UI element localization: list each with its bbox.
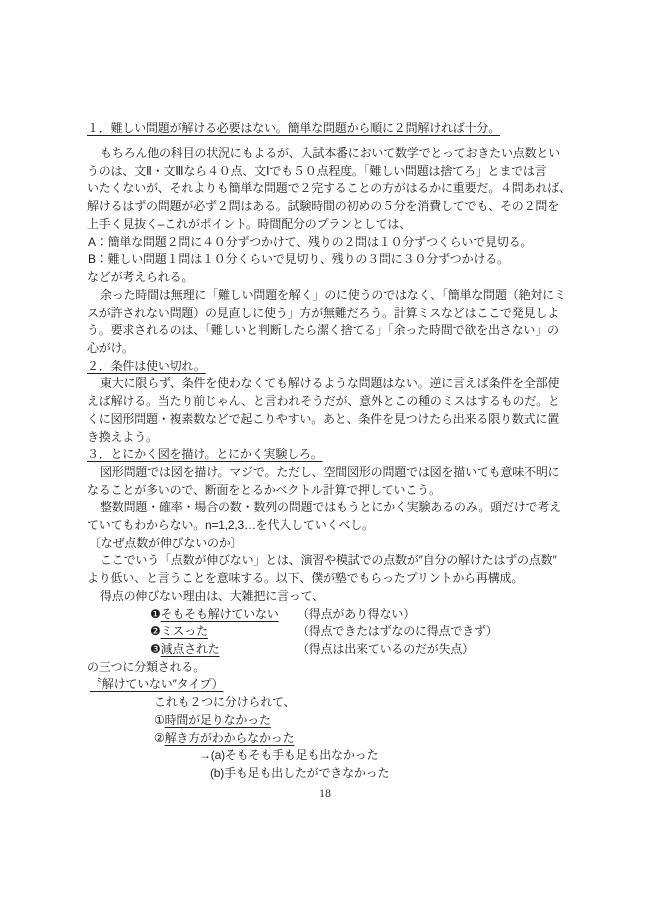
text-line: えば解ける。当たり前じゃん、と言われそうだが、意外とこの種のミスはするものだ。と bbox=[87, 394, 560, 408]
text-line: 整数問題・確率・場合の数・数列の問題ではもうとにかく実験あるのみ。頭だけで考え bbox=[100, 500, 561, 514]
line-text: ミスった bbox=[161, 624, 208, 638]
text-line: 上手く見抜く–これがポイント。時間配分のプランとしては、 bbox=[87, 217, 411, 231]
list-item-3: ❸減点された bbox=[150, 642, 220, 656]
line-text: （得点できたはずなのに得点できず） bbox=[297, 624, 498, 638]
line-text: 上手く見抜く–これがポイント。時間配分のプランとしては、 bbox=[87, 217, 411, 231]
text-line: の三つに分類される。 bbox=[87, 660, 205, 674]
line-text: １．難しい問題が解ける必要はない。簡単な問題から順に２問解ければ十分。 bbox=[87, 121, 500, 135]
list-marker: ❸ bbox=[150, 642, 161, 656]
text-line: 余った時間は無理に「難しい問題を解く」のに使うのではなく、「簡単な問題（絶対にミ bbox=[100, 288, 566, 302]
text-line: より低い、と言うことを意味する。以下、僕が塾でもらったプリントから再構成。 bbox=[87, 571, 523, 585]
text-line: 図形問題では図を描け。マジで。ただし、空間図形の問題では図を描いても意味不明に bbox=[100, 465, 559, 479]
line-text: ここでいう「点数が伸びない」とは、演習や模試での点数が″自分の解けたはずの点数″ bbox=[100, 553, 557, 567]
text-line: いたくないが、それよりも簡単な問題で２完することの方がはるかに重要だ。４問あれば… bbox=[87, 181, 571, 195]
sublist-item-2a: →(a)そもそも手も足も出なかった bbox=[199, 748, 378, 762]
text-line: これも２つに分けられて、 bbox=[154, 695, 295, 709]
line-text: （得点があり得ない） bbox=[297, 607, 415, 621]
text-line: スが許されない問題）の見直しに使う」方が無難だろう。計算ミスなどはここで発見しよ bbox=[87, 306, 559, 320]
line-text: 東大に限らず、条件を使わなくても解けるような問題はない。逆に言えば条件を全部使 bbox=[100, 376, 559, 390]
line-text: 整数問題・確率・場合の数・数列の問題ではもうとにかく実験あるのみ。頭だけで考え bbox=[100, 500, 561, 514]
line-text: 解き方がわからなかった bbox=[165, 731, 295, 745]
text-line: き換えよう。 bbox=[87, 430, 158, 444]
line-text: 図形問題では図を描け。マジで。ただし、空間図形の問題では図を描いても意味不明に bbox=[100, 465, 559, 479]
text-line: などが考えられる。 bbox=[87, 270, 193, 284]
text-line: 心がけ。 bbox=[87, 341, 134, 355]
text-line: ていてもわからない。n=1,2,3…を代入していくべし。 bbox=[87, 518, 374, 532]
list-marker: ❷ bbox=[150, 624, 161, 638]
text-line: 東大に限らず、条件を使わなくても解けるような問題はない。逆に言えば条件を全部使 bbox=[100, 376, 559, 390]
line-text: そもそも解けていない bbox=[161, 607, 279, 621]
text-line: 解けるはずの問題が必ず２問はある。試験時間の初めの５分を消費してでも、その２問を bbox=[87, 199, 559, 213]
document-page: １．難しい問題が解ける必要はない。簡単な問題から順に２問解ければ十分。もちろん他… bbox=[0, 0, 650, 919]
list-marker: ① bbox=[154, 713, 165, 727]
text-line: ここでいう「点数が伸びない」とは、演習や模試での点数が″自分の解けたはずの点数″ bbox=[100, 553, 557, 567]
list-comment-1: （得点があり得ない） bbox=[297, 607, 415, 621]
list-comment-3: （得点は出来ているのだが失点） bbox=[297, 642, 474, 656]
line-text: スが許されない問題）の見直しに使う」方が無難だろう。計算ミスなどはここで発見しよ bbox=[87, 306, 559, 320]
line-text: 減点された bbox=[161, 642, 220, 656]
line-text: くに図形問題・複素数などで起こりやすい。あと、条件を見つけたら出来る限り数式に置 bbox=[87, 412, 559, 426]
line-text: もちろん他の科目の状況にもよるが、入試本番において数学でとっておきたい点数とい bbox=[100, 146, 560, 160]
plan-a-line: A：簡単な問題２問に４０分ずつかけて、残りの２問は１０分ずつくらいで見切る。 bbox=[88, 235, 532, 249]
text-line: うのは、文Ⅱ・文Ⅲなら４０点、文Ⅰでも５０点程度。「難しい問題は捨てろ」とまでは… bbox=[87, 164, 547, 178]
line-text: 心がけ。 bbox=[87, 341, 134, 355]
line-text: ていてもわからない。n=1,2,3…を代入していくべし。 bbox=[87, 518, 374, 532]
text-line: う。要求されるのは、「難しいと判断したら潔く捨てる」「余った時間で欲を出さない」… bbox=[87, 323, 559, 337]
line-text: 得点の伸びない理由は、大雑把に言って、 bbox=[100, 589, 324, 603]
section-heading-1: １．難しい問題が解ける必要はない。簡単な問題から順に２問解ければ十分。 bbox=[87, 121, 500, 135]
line-text: の三つに分類される。 bbox=[87, 660, 205, 674]
line-text: 〔なぜ点数が伸びないのか〕 bbox=[89, 536, 242, 550]
line-text: なることが多いので、断面をとるかベクトル計算で押していこう。 bbox=[87, 483, 441, 497]
line-text: これも２つに分けられて、 bbox=[154, 695, 295, 709]
sublist-item-2: ②解き方がわからなかった bbox=[154, 731, 294, 745]
line-text: B：難しい問題１問は１０分くらいで見切り、残りの３問に３０分ずつかける。 bbox=[88, 252, 509, 266]
line-text: A：簡単な問題２問に４０分ずつかけて、残りの２問は１０分ずつくらいで見切る。 bbox=[88, 235, 532, 249]
line-text: 解けるはずの問題が必ず２問はある。試験時間の初めの５分を消費してでも、その２問を bbox=[87, 199, 559, 213]
sublist-item-1: ①時間が足りなかった bbox=[154, 713, 271, 727]
line-text: より低い、と言うことを意味する。以下、僕が塾でもらったプリントから再構成。 bbox=[87, 571, 523, 585]
text-line: 得点の伸びない理由は、大雑把に言って、 bbox=[100, 589, 324, 603]
list-item-2: ❷ミスった bbox=[150, 624, 208, 638]
line-text: (b)手も足も出したができなかった bbox=[210, 766, 389, 780]
line-text: →(a)そもそも手も足も出なかった bbox=[199, 748, 378, 762]
plan-b-line: B：難しい問題１問は１０分くらいで見切り、残りの３問に３０分ずつかける。 bbox=[88, 252, 509, 266]
line-text: うのは、文Ⅱ・文Ⅲなら４０点、文Ⅰでも５０点程度。「難しい問題は捨てろ」とまでは… bbox=[87, 164, 547, 178]
sublist-item-2b: (b)手も足も出したができなかった bbox=[210, 766, 389, 780]
line-text: ２．条件は使い切れ。 bbox=[87, 359, 206, 373]
list-comment-2: （得点できたはずなのに得点できず） bbox=[297, 624, 498, 638]
text-line: なることが多いので、断面をとるかベクトル計算で押していこう。 bbox=[87, 483, 441, 497]
list-marker: ② bbox=[154, 731, 165, 745]
line-text: えば解ける。当たり前じゃん、と言われそうだが、意外とこの種のミスはするものだ。と bbox=[87, 394, 560, 408]
text-line: もちろん他の科目の状況にもよるが、入試本番において数学でとっておきたい点数とい bbox=[100, 146, 560, 160]
line-text: き換えよう。 bbox=[87, 430, 158, 444]
section-heading-3: ３．とにかく図を描け。とにかく実験しろ。 bbox=[87, 447, 323, 461]
section-heading-2: ２．条件は使い切れ。 bbox=[87, 359, 206, 373]
line-text: 時間が足りなかった bbox=[165, 713, 271, 727]
list-item-1: ❶そもそも解けていない bbox=[150, 607, 279, 621]
text-line: くに図形問題・複素数などで起こりやすい。あと、条件を見つけたら出来る限り数式に置 bbox=[87, 412, 559, 426]
line-text: う。要求されるのは、「難しいと判断したら潔く捨てる」「余った時間で欲を出さない」… bbox=[87, 323, 559, 337]
page-number: 18 bbox=[0, 786, 650, 801]
line-text: 余った時間は無理に「難しい問題を解く」のに使うのではなく、「簡単な問題（絶対にミ bbox=[100, 288, 566, 302]
line-text: などが考えられる。 bbox=[87, 270, 193, 284]
list-marker: ❶ bbox=[150, 607, 161, 621]
line-text: （得点は出来ているのだが失点） bbox=[297, 642, 474, 656]
line-text: いたくないが、それよりも簡単な問題で２完することの方がはるかに重要だ。４問あれば… bbox=[87, 181, 571, 195]
subsection-heading: 〔なぜ点数が伸びないのか〕 bbox=[89, 536, 242, 550]
subsection-heading: 〝解けていない″タイプ） bbox=[90, 677, 223, 691]
line-text: 〝解けていない″タイプ） bbox=[90, 677, 223, 691]
line-text: ３．とにかく図を描け。とにかく実験しろ。 bbox=[87, 447, 323, 461]
